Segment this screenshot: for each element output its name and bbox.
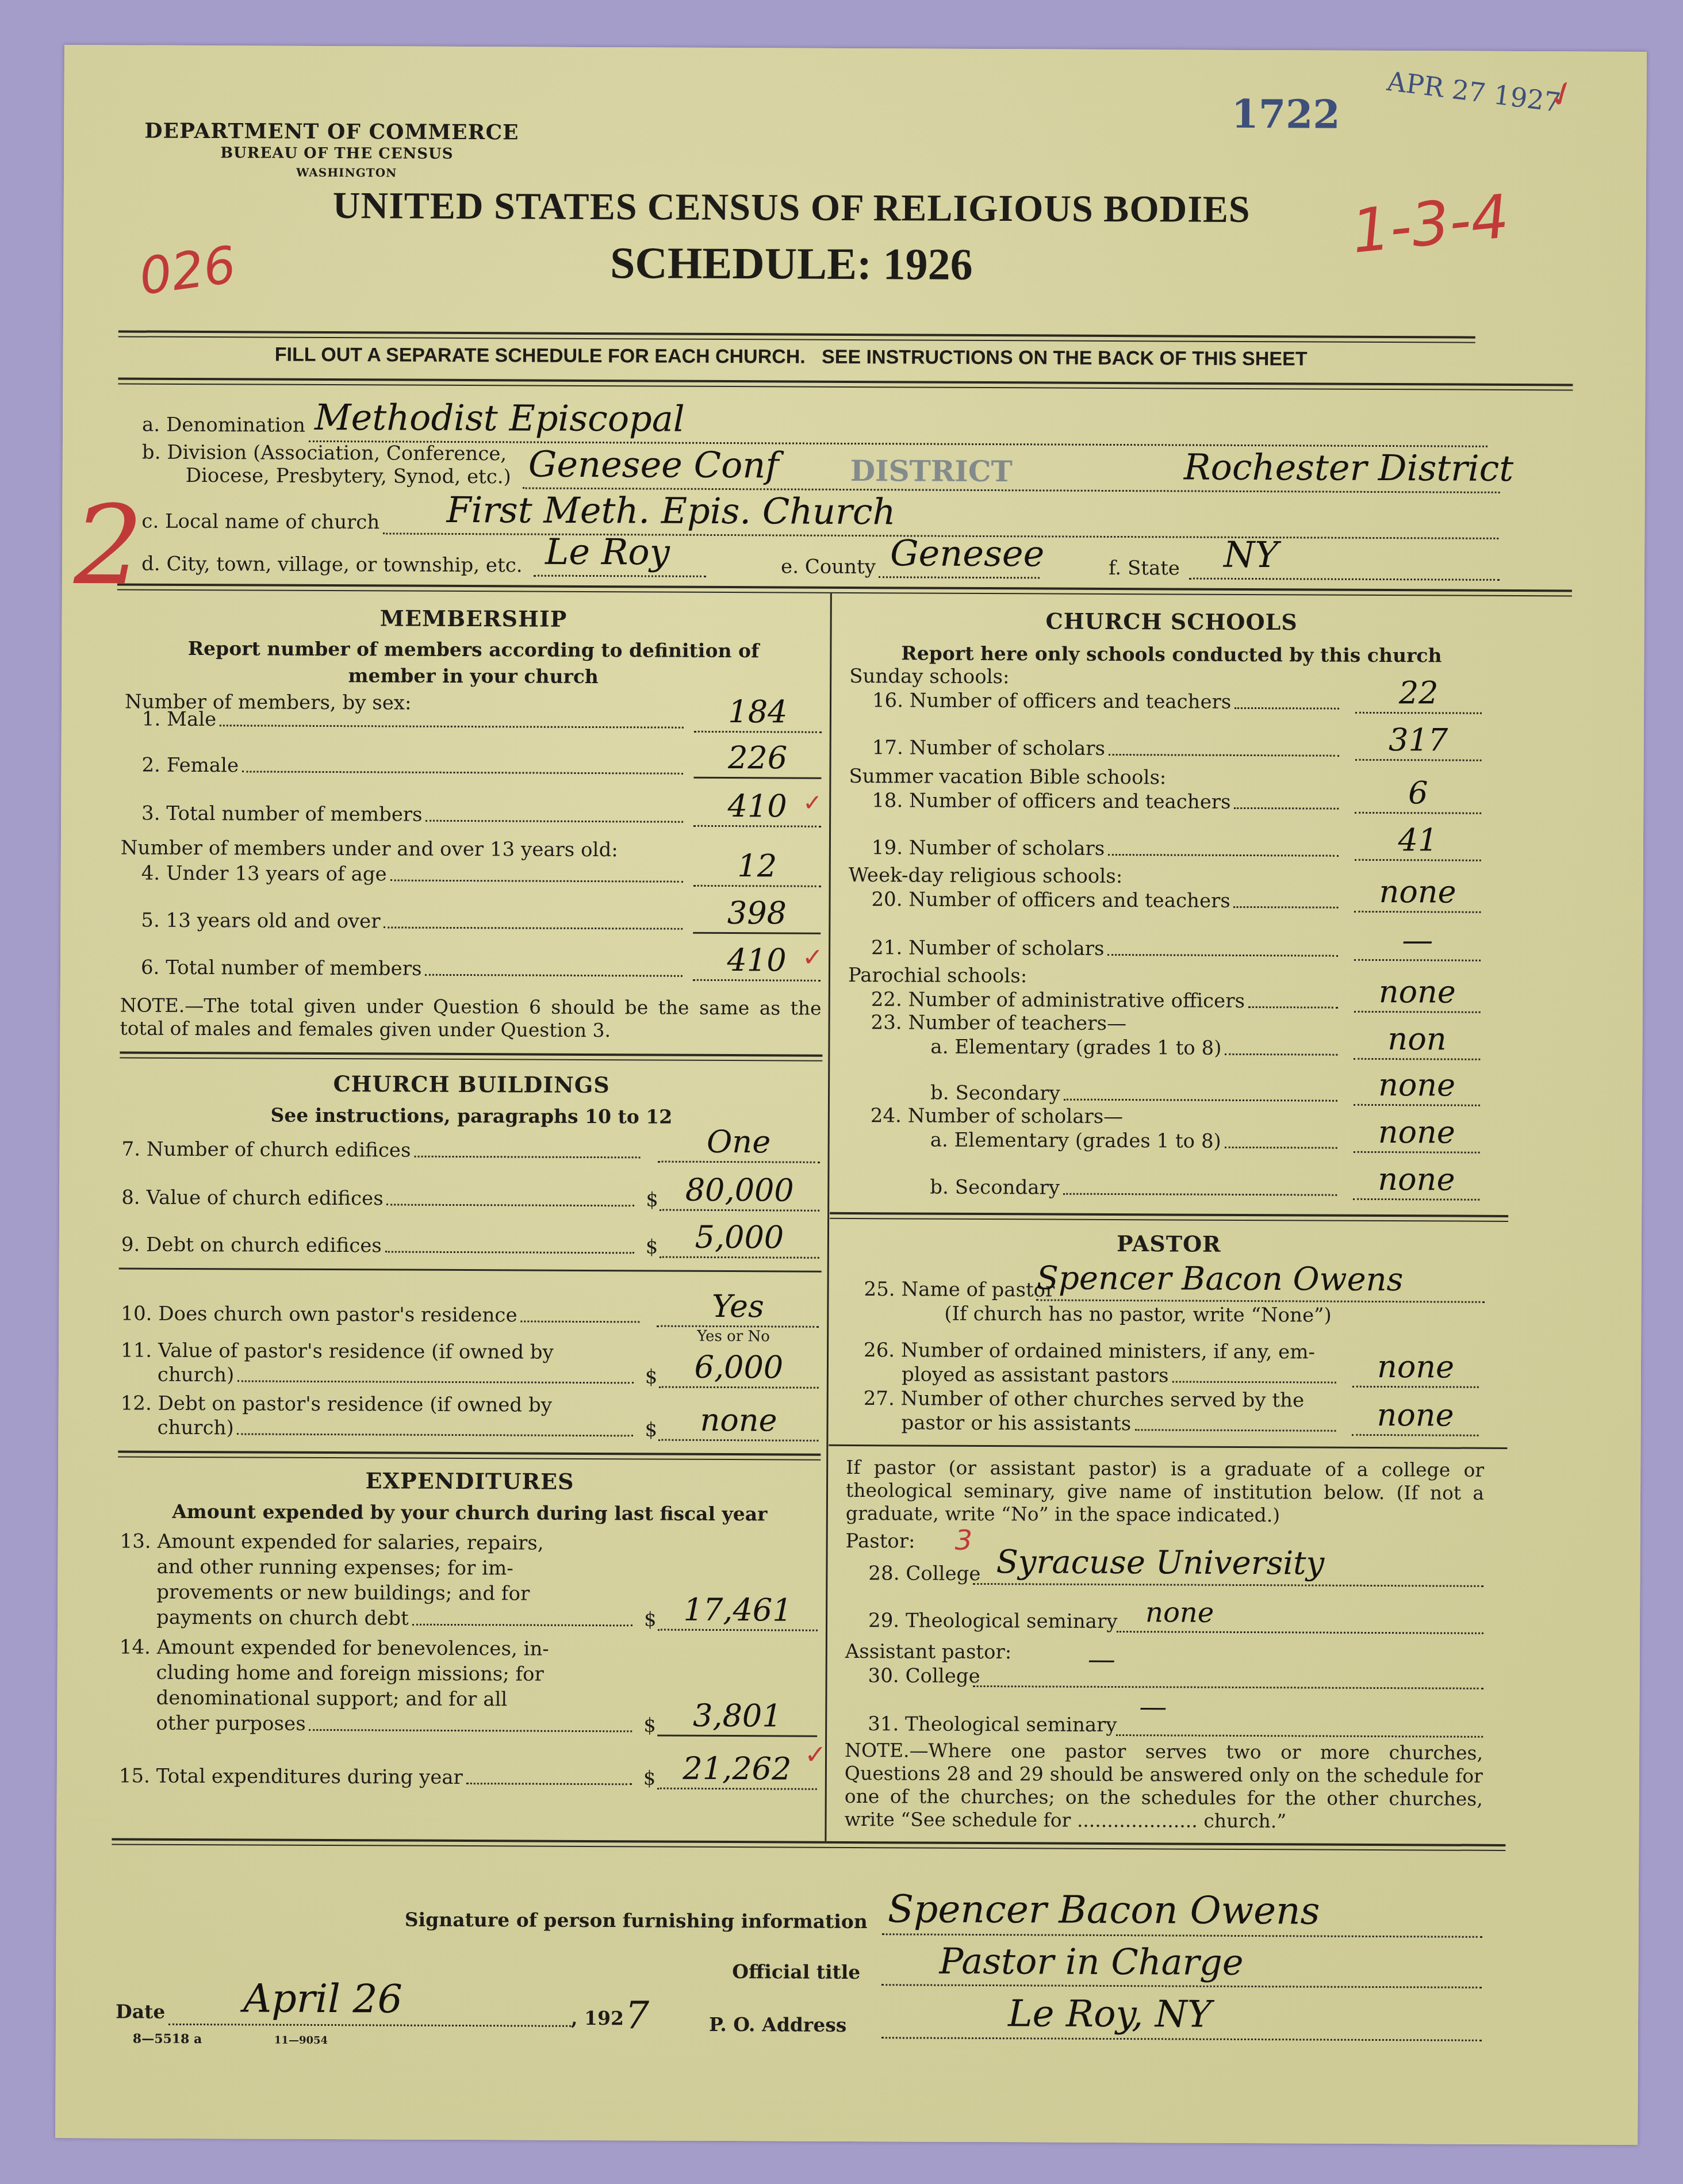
q9-label: 9. Debt on church edifices: [121, 1233, 382, 1257]
q23b-value: none: [1354, 1067, 1480, 1104]
pastor-red-mark: 3: [955, 1524, 973, 1557]
q14-benevolences-field[interactable]: 3,801: [657, 1708, 817, 1737]
q29-label: 29. Theological seminary: [868, 1609, 1118, 1633]
q1-label: 1. Male: [142, 708, 217, 731]
district-stamp: DISTRICT: [850, 454, 1013, 488]
q4-row: 4. Under 13 years of age: [141, 862, 688, 887]
state-label: f. State: [1109, 557, 1180, 580]
q24a-field[interactable]: none: [1354, 1125, 1480, 1154]
membership-heading: MEMBERSHIP: [117, 604, 830, 633]
q2-value: 226: [693, 740, 821, 776]
division-label-line2: Diocese, Presbytery, Synod, etc.): [186, 464, 511, 488]
q8-dollar: $: [646, 1188, 658, 1211]
q16-value: 22: [1355, 675, 1482, 711]
q14-value: 3,801: [657, 1698, 817, 1734]
q16-row: 16. Number of officers and teachers: [872, 689, 1344, 714]
q20-field[interactable]: none: [1354, 884, 1481, 913]
q21-row: 21. Number of scholars: [871, 936, 1343, 961]
q23b-row: b. Secondary: [930, 1082, 1342, 1106]
q26-label-line2: ployed as assistant pastors: [902, 1363, 1169, 1387]
q23a-row: a. Elementary (grades 1 to 8): [930, 1036, 1342, 1060]
q26-label-line1: 26. Number of ordained ministers, if any…: [864, 1339, 1315, 1363]
q13-line3: provements or new buildings; and for: [156, 1581, 530, 1606]
q2-label: 2. Female: [141, 754, 239, 777]
q13-row: payments on church debt: [156, 1606, 637, 1631]
q28-value: Syracuse University: [996, 1543, 1324, 1582]
q4-value: 12: [693, 848, 821, 884]
county-value: Genesee: [890, 532, 1044, 574]
q20-row: 20. Number of officers and teachers: [871, 888, 1343, 913]
city-field[interactable]: Le Roy: [534, 543, 706, 577]
q17-field[interactable]: 317: [1355, 733, 1482, 761]
column-divider: [825, 593, 831, 1841]
q9-dollar: $: [646, 1235, 658, 1258]
q22-row: 22. Number of administrative officers: [871, 988, 1343, 1013]
q13-running-expenses-field[interactable]: 17,461: [658, 1603, 818, 1631]
schools-subheading: Report here only schools conducted by th…: [832, 642, 1511, 667]
division-field[interactable]: Genesee Conf DISTRICT Rochester District: [523, 455, 1500, 493]
q28-label: 28. College: [868, 1562, 980, 1585]
q27-label-line2: pastor or his assistants: [901, 1411, 1131, 1435]
q15-check-icon: ✓: [804, 1739, 827, 1770]
department-heading: DEPARTMENT OF COMMERCE: [144, 119, 519, 145]
q29-value: none: [1145, 1596, 1214, 1629]
age-label: Number of members under and over 13 year…: [121, 836, 618, 861]
q31-seminary-field[interactable]: —: [1116, 1703, 1483, 1738]
q27-value: none: [1352, 1397, 1478, 1434]
q3-total-field[interactable]: 410: [693, 799, 821, 827]
q26-value: none: [1352, 1348, 1479, 1385]
q11-label-line2: church): [158, 1363, 234, 1387]
q25-value: Spencer Bacon Owens: [1037, 1259, 1404, 1298]
q14-row: other purposes: [156, 1712, 637, 1737]
instruction-divider: [118, 377, 1573, 386]
date-field[interactable]: April 26: [168, 1981, 571, 2027]
q27-field[interactable]: none: [1352, 1408, 1478, 1436]
q15-total-expenditures-field[interactable]: 21,262: [657, 1761, 817, 1790]
signature-value: Spencer Bacon Owens: [888, 1887, 1320, 1933]
denomination-value: Methodist Episcopal: [315, 396, 685, 440]
q6-total-field[interactable]: 410: [693, 953, 821, 982]
q10-row: 10. Does church own pastor's residence: [121, 1302, 644, 1327]
q6-value: 410: [693, 942, 821, 979]
q15-row: 15. Total expenditures during year: [119, 1764, 637, 1790]
q14-dollar: $: [643, 1714, 656, 1737]
city-heading: WASHINGTON: [296, 166, 397, 180]
county-field[interactable]: Genesee: [879, 544, 1040, 578]
q21-value: —: [1354, 922, 1481, 959]
q10-label: 10. Does church own pastor's residence: [121, 1302, 517, 1327]
buildings-bottom-divider: [118, 1450, 821, 1455]
parochial-schools-label: Parochial schools:: [848, 964, 1027, 987]
membership-divider: [120, 1051, 822, 1056]
q17-row: 17. Number of scholars: [872, 736, 1344, 761]
q14-line2: cluding home and foreign missions; for: [156, 1661, 544, 1686]
year-suffix-value[interactable]: 7: [625, 1993, 649, 2037]
summer-schools-label: Summer vacation Bible schools:: [849, 765, 1166, 789]
q3-check-icon: ✓: [803, 790, 822, 817]
q7-label: 7. Number of church edifices: [122, 1137, 411, 1162]
q8-value-field[interactable]: 80,000: [660, 1183, 819, 1212]
red-code-left: 026: [136, 235, 239, 306]
q15-dollar: $: [643, 1767, 656, 1790]
q16-field[interactable]: 22: [1355, 685, 1482, 714]
po-address-label: P. O. Address: [709, 2013, 847, 2036]
q5-row: 5. 13 years old and over: [141, 909, 687, 934]
header-divider: [118, 330, 1475, 338]
q9-debt-field[interactable]: 5,000: [660, 1230, 819, 1259]
graduate-note: If pastor (or assistant pastor) is a gra…: [846, 1456, 1485, 1528]
q13-value: 17,461: [658, 1592, 818, 1629]
signature-label: Signature of person furnishing informati…: [405, 1909, 868, 1933]
q31-label: 31. Theological seminary: [868, 1712, 1117, 1737]
print-number: 11—9054: [274, 2034, 328, 2047]
date-label: Date: [116, 2000, 165, 2022]
denomination-field[interactable]: Methodist Episcopal: [309, 408, 1488, 447]
local-name-label: c. Local name of church: [141, 510, 379, 534]
q2-row: 2. Female: [141, 754, 688, 779]
pastor-sub-label: Pastor:: [846, 1530, 915, 1553]
q25-hint: (If church has no pastor, write “None”): [944, 1302, 1332, 1327]
q14-line4: other purposes: [156, 1712, 306, 1735]
footer-divider: [112, 1838, 1505, 1846]
q6-row: 6. Total number of members: [141, 956, 687, 982]
q11-residence-value-field[interactable]: 6,000: [659, 1360, 819, 1389]
q3-label: 3. Total number of members: [141, 802, 423, 826]
date-value: April 26: [243, 1976, 402, 2022]
q13-dollar: $: [644, 1608, 657, 1631]
expenditures-subheading: Amount expended by your church during la…: [113, 1500, 826, 1525]
state-value: NY: [1224, 534, 1279, 576]
q9-value: 5,000: [660, 1219, 819, 1256]
q10-value: Yes: [657, 1288, 819, 1325]
q24a-row: a. Elementary (grades 1 to 8): [930, 1129, 1342, 1154]
q21-label: 21. Number of scholars: [871, 936, 1104, 960]
q18-row: 18. Number of officers and teachers: [872, 789, 1343, 814]
q19-label: 19. Number of scholars: [872, 836, 1105, 860]
id-section-divider: [117, 583, 1572, 592]
q24b-row: b. Secondary: [930, 1176, 1341, 1201]
city-label: d. City, town, village, or township, etc…: [141, 553, 523, 577]
q23a-field[interactable]: non: [1354, 1032, 1480, 1060]
q18-value: 6: [1355, 775, 1481, 811]
q10-owns-residence-field[interactable]: Yes: [657, 1299, 819, 1328]
bureau-heading: BUREAU OF THE CENSUS: [220, 144, 454, 163]
q7-row: 7. Number of church edifices: [122, 1137, 645, 1163]
schools-heading: CHURCH SCHOOLS: [833, 607, 1511, 636]
schools-divider: [830, 1212, 1508, 1217]
q12-label-line2: church): [157, 1416, 233, 1440]
q30-college-field[interactable]: —: [973, 1654, 1483, 1689]
pastor-heading: PASTOR: [830, 1229, 1508, 1258]
sunday-schools-label: Sunday schools:: [849, 665, 1009, 688]
q4-under13-field[interactable]: 12: [693, 859, 821, 887]
q15-value: 21,262: [657, 1750, 817, 1787]
q11-row: church): [158, 1363, 638, 1389]
official-title-value: Pastor in Charge: [939, 1940, 1243, 1983]
signature-field[interactable]: Spencer Bacon Owens: [882, 1893, 1482, 1938]
po-address-field[interactable]: Le Roy, NY: [881, 1997, 1482, 2041]
division-label-line1: b. Division (Association, Conference,: [142, 441, 507, 466]
q4-label: 4. Under 13 years of age: [141, 862, 387, 886]
q12-residence-debt-field[interactable]: none: [658, 1413, 818, 1442]
q26-field[interactable]: none: [1352, 1359, 1479, 1388]
instruction-banner: FILL OUT A SEPARATE SCHEDULE FOR EACH CH…: [63, 343, 1646, 372]
q5-label: 5. 13 years old and over: [141, 909, 380, 933]
q23a-value: non: [1354, 1021, 1480, 1057]
q19-row: 19. Number of scholars: [872, 836, 1343, 861]
q8-label: 8. Value of church edifices: [121, 1186, 384, 1210]
q24-label: 24. Number of scholars—: [871, 1104, 1123, 1128]
po-address-value: Le Roy, NY: [1008, 1993, 1212, 2036]
serial-number: 1722: [1231, 91, 1340, 138]
q22-value: none: [1354, 974, 1481, 1010]
q20-value: none: [1354, 873, 1481, 910]
q12-dollar: $: [645, 1418, 657, 1441]
q14-line3: denominational support; and for all: [156, 1687, 507, 1711]
q13-line4: payments on church debt: [156, 1606, 409, 1630]
q19-field[interactable]: 41: [1355, 833, 1481, 861]
q11-label-line1: 11. Value of pastor's residence (if owne…: [121, 1339, 554, 1363]
county-label: e. County: [781, 555, 876, 578]
q12-label-line1: 12. Debt on pastor's residence (if owned…: [121, 1392, 552, 1416]
q6-label: 6. Total number of members: [141, 956, 422, 980]
q21-field[interactable]: —: [1354, 933, 1481, 961]
q1-value: 184: [694, 693, 822, 730]
q2-female-field[interactable]: 226: [693, 750, 821, 779]
official-title-label: Official title: [732, 1960, 860, 1983]
q27-row: pastor or his assistants: [901, 1411, 1340, 1436]
q24b-field[interactable]: none: [1353, 1172, 1479, 1201]
membership-note: NOTE.—The total given under Question 6 s…: [120, 994, 821, 1043]
pastor-divider: [829, 1444, 1507, 1449]
q24b-value: none: [1353, 1161, 1479, 1198]
q30-value: —: [1088, 1643, 1115, 1676]
q30-label: 30. College: [868, 1664, 980, 1688]
division-value: Genesee Conf: [528, 443, 779, 486]
q12-row: church): [157, 1416, 638, 1442]
q28-college-field[interactable]: Syracuse University: [973, 1552, 1483, 1587]
q26-row: ployed as assistant pastors: [902, 1363, 1341, 1388]
q3-row: 3. Total number of members: [141, 802, 688, 827]
q11-value: 6,000: [659, 1349, 819, 1386]
q17-value: 317: [1355, 722, 1482, 758]
q11-dollar: $: [645, 1365, 658, 1388]
q31-value: —: [1139, 1691, 1167, 1723]
q19-value: 41: [1355, 822, 1481, 859]
district-value: Rochester District: [1184, 446, 1514, 490]
yes-no-hint: Yes or No: [697, 1328, 770, 1346]
received-date-stamp: APR 27 1927: [1385, 66, 1562, 118]
q13-line2: and other running expenses; for im-: [156, 1555, 513, 1580]
q14-line1: 14. Amount expended for benevolences, in…: [120, 1635, 549, 1660]
q8-row: 8. Value of church edifices: [121, 1186, 639, 1211]
expenditures-heading: EXPENDITURES: [113, 1466, 826, 1495]
q7-value: One: [658, 1124, 820, 1160]
weekday-schools-label: Week-day religious schools:: [849, 864, 1123, 888]
q16-label: 16. Number of officers and teachers: [872, 689, 1231, 714]
q22-label: 22. Number of administrative officers: [871, 988, 1245, 1013]
q5-value: 398: [693, 895, 821, 932]
q23b-field[interactable]: none: [1354, 1078, 1480, 1106]
membership-subheading: Report number of members according to de…: [168, 635, 778, 691]
buildings-divider: [119, 1267, 822, 1272]
q9-row: 9. Debt on church edifices: [121, 1233, 639, 1258]
q1-row: 1. Male: [142, 708, 688, 733]
state-field[interactable]: NY: [1189, 546, 1500, 581]
q17-label: 17. Number of scholars: [872, 736, 1105, 760]
q29-seminary-field[interactable]: none: [1117, 1600, 1483, 1634]
q25-label: 25. Name of pastor: [864, 1278, 1055, 1301]
q6-check-icon: ✓: [802, 943, 823, 972]
pastor-note: NOTE.—Where one pastor serves two or mor…: [844, 1739, 1483, 1834]
census-schedule-sheet: DEPARTMENT OF COMMERCE BUREAU OF THE CEN…: [55, 45, 1647, 2145]
q1-male-field[interactable]: 184: [694, 704, 822, 733]
q7-edifices-field[interactable]: One: [658, 1135, 820, 1163]
official-title-field[interactable]: Pastor in Charge: [881, 1944, 1482, 1988]
q23a-label: a. Elementary (grades 1 to 8): [930, 1036, 1221, 1060]
local-name-value: First Meth. Epis. Church: [446, 489, 895, 532]
q27-label-line1: 27. Number of other churches served by t…: [864, 1387, 1305, 1412]
city-value: Le Roy: [545, 531, 670, 573]
q24a-label: a. Elementary (grades 1 to 8): [930, 1129, 1221, 1153]
q15-label: 15. Total expenditures during year: [119, 1764, 463, 1789]
denomination-label: a. Denomination: [142, 413, 305, 437]
q20-label: 20. Number of officers and teachers: [871, 888, 1230, 913]
q8-value: 80,000: [660, 1172, 819, 1209]
q18-label: 18. Number of officers and teachers: [872, 789, 1230, 814]
buildings-heading: CHURCH BUILDINGS: [115, 1070, 828, 1098]
form-number: 8—5518 a: [133, 2032, 202, 2047]
q12-value: none: [658, 1402, 818, 1439]
q25-pastor-name-field[interactable]: Spencer Bacon Owens: [1036, 1268, 1485, 1302]
q13-line1: 13. Amount expended for salaries, repair…: [120, 1530, 544, 1554]
q18-field[interactable]: 6: [1355, 786, 1481, 814]
year-prefix: , 192: [571, 2007, 624, 2029]
q3-value: 410: [693, 788, 821, 825]
q24b-label: b. Secondary: [930, 1176, 1060, 1200]
q23b-label: b. Secondary: [930, 1082, 1060, 1105]
q24a-value: none: [1354, 1114, 1480, 1151]
q23-label: 23. Number of teachers—: [871, 1011, 1127, 1035]
q5-over13-field[interactable]: 398: [693, 906, 821, 934]
q22-field[interactable]: none: [1354, 984, 1481, 1013]
